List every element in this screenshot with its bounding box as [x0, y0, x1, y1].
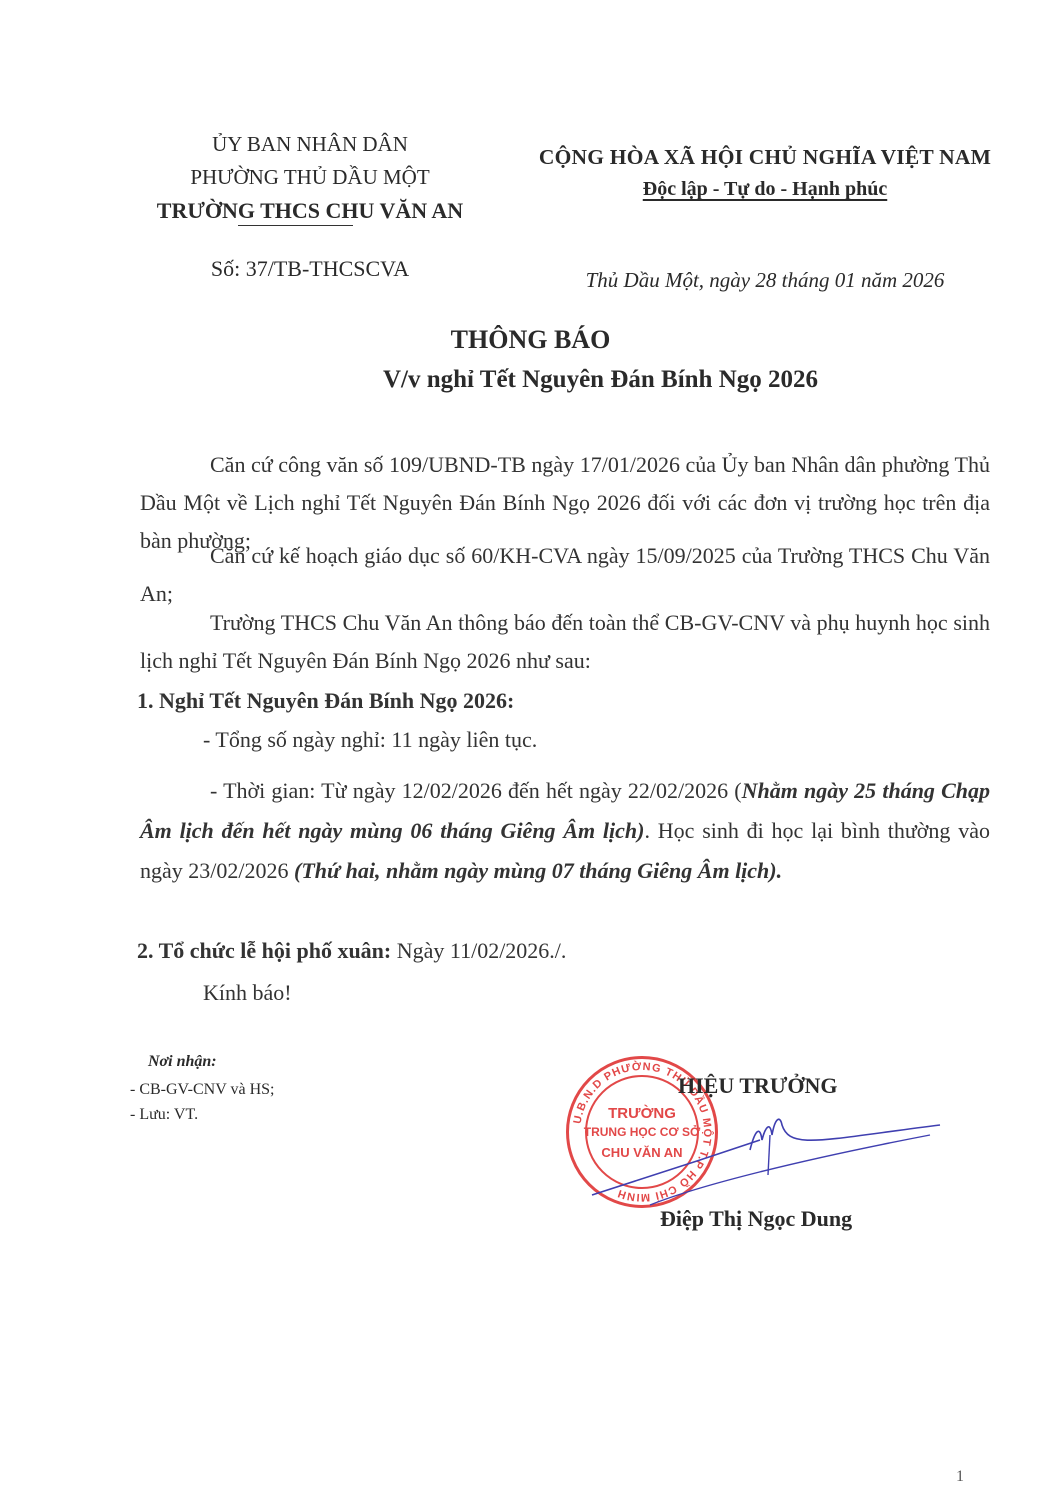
stamp-line-2: TRUNG HỌC CƠ SỞ — [569, 1125, 715, 1139]
school-name: TRƯỜNG THCS CHU VĂN AN — [130, 194, 490, 227]
section-2-text: Ngày 11/02/2026./. — [391, 938, 566, 963]
header-left: ỦY BAN NHÂN DÂN PHƯỜNG THỦ DẦU MỘT TRƯỜN… — [130, 128, 490, 227]
signatory-title: HIỆU TRƯỞNG — [678, 1073, 838, 1099]
date-line: Thủ Dầu Một, ngày 28 tháng 01 năm 2026 — [515, 268, 1015, 293]
page-number: 1 — [956, 1468, 964, 1486]
recipients-label: Nơi nhận: — [148, 1053, 217, 1071]
authority-name: ỦY BAN NHÂN DÂN — [130, 128, 490, 161]
item-time-period: - Thời gian: Từ ngày 12/02/2026 đến hết … — [140, 771, 990, 891]
recipient-item: - Lưu: VT. — [130, 1106, 198, 1124]
section-2-heading: 2. Tổ chức lễ hội phố xuân: — [137, 938, 391, 963]
paragraph-announce: Trường THCS Chu Văn An thông báo đến toà… — [140, 604, 990, 680]
school-underline — [238, 225, 353, 226]
national-motto: Độc lập - Tự do - Hạnh phúc — [515, 178, 1015, 201]
section-2: 2. Tổ chức lễ hội phố xuân: Ngày 11/02/2… — [137, 938, 566, 964]
recipient-item: - CB-GV-CNV và HS; — [130, 1081, 274, 1099]
stamp-line-3: CHU VĂN AN — [569, 1145, 715, 1160]
paragraph-basis-2: Căn cứ kế hoạch giáo dục số 60/KH-CVA ng… — [140, 537, 990, 613]
document-subject: V/v nghỉ Tết Nguyên Đán Bính Ngọ 2026 — [70, 366, 1061, 394]
closing: Kính báo! — [203, 980, 292, 1006]
ward-name: PHƯỜNG THỦ DẦU MỘT — [130, 161, 490, 194]
doc-number: Số: 37/TB-THCSCVA — [130, 252, 490, 285]
national-title: CỘNG HÒA XÃ HỘI CHỦ NGHĨA VIỆT NAM — [515, 145, 1015, 170]
document-title: THÔNG BÁO — [0, 325, 1061, 355]
section-1-heading: 1. Nghỉ Tết Nguyên Đán Bính Ngọ 2026: — [137, 688, 514, 714]
signatory-name: Điệp Thị Ngọc Dung — [660, 1206, 852, 1232]
stamp-line-1: TRƯỜNG — [569, 1105, 715, 1122]
item-total-days: - Tổng số ngày nghỉ: 11 ngày liên tục. — [203, 727, 537, 753]
